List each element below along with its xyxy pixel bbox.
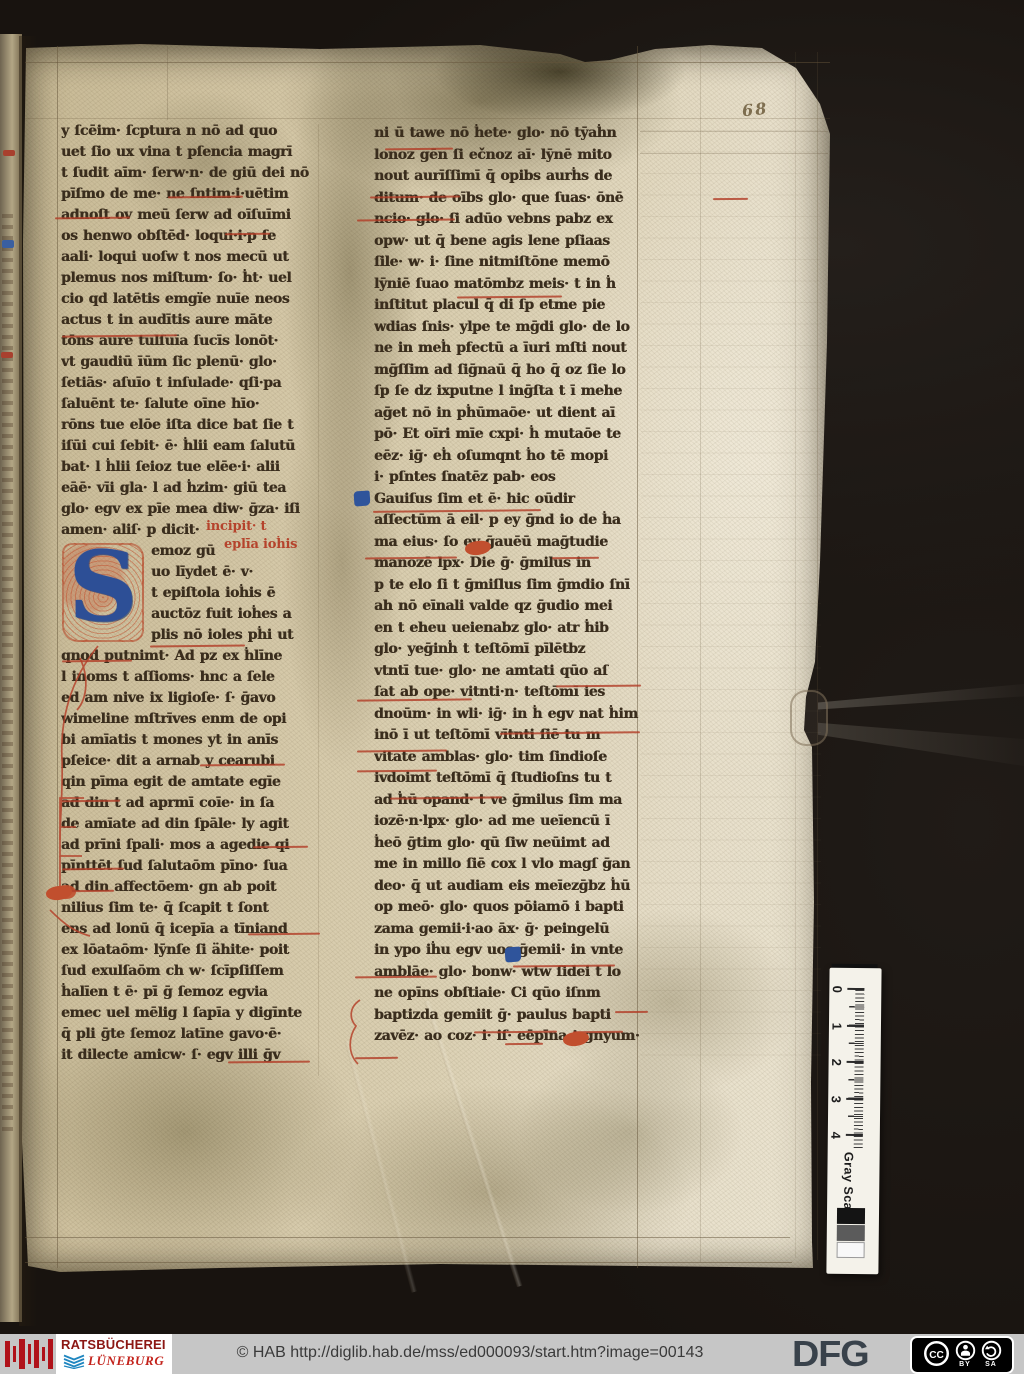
- ruler-body: 01234 Gray Scale: [826, 968, 881, 1275]
- manuscript-line: inō ī ut teſtōmī vītnti ſiē tu m: [374, 725, 642, 747]
- manuscript-line: ſaluēnt te· ſalute oīne hīo·: [61, 394, 324, 415]
- manuscript-line: y ſcēim· ſcptura n nō ad quo: [61, 121, 324, 142]
- manuscript-line: it dilecte amicw· ſ· egv illi ḡv: [61, 1045, 324, 1066]
- manuscript-line: deo· q̄ ut audiam eis meīezḡbz ḣū: [374, 876, 642, 898]
- red-margin-flourish: [20, 640, 120, 950]
- manuscript-line: ditum· de oībs glo· que ſuas· ōnē: [374, 188, 642, 210]
- cc-license-badge: CC BY SA: [910, 1336, 1014, 1374]
- manuscript-line: ad ḣū opand· t ve ḡmilus ſim ma: [374, 790, 642, 812]
- manuscript-line: en t eheu ueienabz glo· atr ḣib: [374, 618, 642, 640]
- ruler-major-tick: [847, 1024, 864, 1026]
- manuscript-line: plemus nos miſtum· ſo· ḣt· uel: [61, 268, 324, 289]
- share-alike-icon: [981, 1340, 1002, 1361]
- manuscript-line: iozē·n·lpx· glo· ad me ueīencū ī: [374, 811, 642, 833]
- manuscript-line: vt gaudiū īūm ſic plenū· glo·: [61, 352, 324, 373]
- manuscript-line: iſūi cui ſebit· ē· ḣlii eam ſalutū: [61, 436, 324, 457]
- gray-patch-white: [837, 1242, 865, 1258]
- manuscript-line: Gauiſus ſim et ē· hic oūdir: [374, 489, 642, 511]
- manuscript-line: emec uel mēlig l ſapīa y digīnte: [61, 1003, 324, 1024]
- ruler-tick-label: 2: [829, 1055, 844, 1069]
- gray-scale-ruler: 01234 Gray Scale: [824, 964, 883, 1275]
- manuscript-line: tōns aure tulſuīa ſucīs lonōt·: [61, 331, 324, 352]
- edge-blue-mark: [2, 240, 14, 248]
- manuscript-line: ſud exulſaōm ch w· ſcīpſiſſem: [61, 961, 324, 982]
- dfg-logo: DFG: [792, 1334, 869, 1374]
- manuscript-line: bat· l ḣlii ſeioz tue elēe·i· alii: [61, 457, 324, 478]
- manuscript-line: inſtitut placul q̄ di ſp etme pie: [374, 295, 642, 317]
- ruler-major-tick: [846, 1134, 863, 1136]
- manuscript-line: cio qd latētis emgïe nuīe neos: [61, 289, 324, 310]
- manuscript-line: zama gemii·i·ao āx· ḡ· peingelū: [374, 919, 642, 941]
- library-city: LÜNEBURG: [88, 1353, 164, 1369]
- manuscript-line: dnoūm· in wli· iḡ· in ḣ egv nat ḣim: [374, 704, 642, 726]
- manuscript-line: ḣalīen t ē· pī ḡ ſemoz egvia: [61, 982, 324, 1003]
- manuscript-line: me in millo ſiē cox l vlo magſ ḡan: [374, 854, 642, 876]
- edge-red-mark: [1, 352, 13, 358]
- red-underline: [615, 1011, 648, 1013]
- manuscript-line: lȳniē ſuao matōmbz meis· t in ḣ: [374, 274, 642, 296]
- ruler-ticks: [854, 990, 865, 1148]
- person-icon: [955, 1340, 976, 1361]
- manuscript-line: ſp ſe dz ixputne l inḡſta t ī mehe: [374, 381, 642, 403]
- ruler-major-tick: [846, 1097, 863, 1099]
- folio-number: 68: [741, 99, 769, 121]
- manuscript-line: p te elo ſi t ḡmiſlus ſim ḡmdio ſnī: [374, 575, 642, 597]
- clip-reflection: [818, 684, 1024, 728]
- text-column-right: ni ū tawe nō ḣete· glo· nō tȳaḣnlonoz gē…: [374, 123, 642, 1048]
- manuscript-line: ni ū tawe nō ḣete· glo· nō tȳaḣn: [374, 123, 642, 145]
- ruler-tick-label: 3: [829, 1092, 844, 1106]
- book-icon: [63, 1354, 85, 1369]
- manuscript-line: op meō· glo· quos pōiamō i bapti: [374, 897, 642, 919]
- manuscript-line: ne opīns obſtiaie· Ci qūo iſnm: [374, 983, 642, 1005]
- manuscript-line: pīſmo de me· ne ſntim·i·uētim: [61, 184, 324, 205]
- manuscript-line: wdias ſnis· ylpe te mḡdi glo· de lo: [374, 317, 642, 339]
- by-label: BY: [959, 1361, 971, 1368]
- blue-paraph-mark: [353, 490, 370, 506]
- cc-icon: CC: [923, 1340, 950, 1367]
- ruler-major-tick: [847, 1061, 864, 1063]
- gray-patch-black: [837, 1208, 865, 1224]
- manuscript-line: aḡet nō in pḣūmaōe· ut dient aī: [374, 403, 642, 425]
- sa-label: SA: [985, 1361, 997, 1368]
- blue-paraph-mark: [504, 946, 521, 962]
- manuscript-line: uet ſio ux vina t pſencia magrī: [61, 142, 324, 163]
- manuscript-line: os henwo obſtēd· loqui·i·p ſe: [61, 226, 324, 247]
- red-underline: [713, 198, 748, 200]
- manuscript-line: vtntī tue· glo· ne amtati qūo aſ: [374, 661, 642, 683]
- ratsbuecherei-logo: RATSBÜCHEREI LÜNEBURG: [56, 1334, 172, 1374]
- manuscript-line: opw· ut q̄ bene agis lene pſiaas: [374, 231, 642, 253]
- ruler-tick-label: 0: [830, 982, 845, 996]
- manuscript-line: aali· loqui uoſw t nos mecū ut: [61, 247, 324, 268]
- manuscript-line: glo· yeḡinḣ t teſtōmī pīlētbz: [374, 639, 642, 661]
- manuscript-line: eāē· vīi gla· l ad ḣzim· giū tea: [61, 478, 324, 499]
- manuscript-line: ma eius· ſo ey ḡauēū maḡtudie: [374, 532, 642, 554]
- clip-reflection: [818, 706, 1024, 766]
- edge-red-mark: [3, 150, 15, 156]
- manuscript-scan: 68 y ſcēim· ſcptura n nō ad quouet ſio u…: [0, 0, 1024, 1374]
- manuscript-line: ſile· w· i· ſine nitmiſtōne memō: [374, 252, 642, 274]
- manuscript-line: eēz· iḡ· eḣ oſumqnt ḣo tē mopi: [374, 446, 642, 468]
- manuscript-line: ah nō eīnali valde qz ḡudio mei: [374, 596, 642, 618]
- footer-bar: RATSBÜCHEREI LÜNEBURG © HAB http://digli…: [0, 1334, 1024, 1374]
- ruler-major-tick: [847, 988, 864, 990]
- manuscript-line: t ſudit aīm· ſerw·n· de giū dei nō: [61, 163, 324, 184]
- manuscript-line: nout aurīſſimī q̄ opibs aurḣs de: [374, 166, 642, 188]
- manuscript-line: actus t in audītis aure māte: [61, 310, 324, 331]
- gray-patch-gray: [837, 1225, 865, 1241]
- illuminated-initial: S: [62, 543, 144, 642]
- svg-text:CC: CC: [929, 1350, 944, 1361]
- copyright-url: © HAB http://diglib.hab.de/mss/ed000093/…: [235, 1344, 705, 1362]
- manuscript-line: ḣeō ḡtim glo· qū ſiw neūimt ad: [374, 833, 642, 855]
- manuscript-line: aſſectūm ā eil· p ey ḡnd io de ḣa: [374, 510, 642, 532]
- ruler-tick-label: 1: [829, 1019, 844, 1033]
- rubric-text: eplīa ioḣis: [224, 537, 297, 552]
- manuscript-line: ne in meḣ pfectū a īuri mſti nout: [374, 338, 642, 360]
- manuscript-line: adnoſt ov meū ſerw ad oīſuīmi: [61, 205, 324, 226]
- barcode-icon: [5, 1334, 53, 1374]
- manuscript-line: i· pſntes ſnatēz pab· eos: [374, 467, 642, 489]
- manuscript-line: baptizda gemiit ḡ· paulus bapti: [374, 1005, 642, 1027]
- rubric-text: incipit· t: [206, 519, 266, 534]
- ruler-tick-label: 4: [828, 1128, 843, 1142]
- manuscript-line: mḡſſim ad ſiḡnaū q̄ ho q̄ oz ſie lo: [374, 360, 642, 382]
- manuscript-line: q̄ pli ḡte ſemoz latīne gavo·ē·: [61, 1024, 324, 1045]
- red-underline: [505, 1043, 543, 1045]
- manuscript-line: ſetiās· aſuīo t inſulade· qſi·pa: [61, 373, 324, 394]
- manuscript-line: rōns tue elōe iſta dice bat ſie t: [61, 415, 324, 436]
- library-name: RATSBÜCHEREI: [61, 1337, 168, 1352]
- manuscript-line: glo· egv ex pīe mea diw· ḡza· iſi: [61, 499, 324, 520]
- manuscript-line: pō· Et oīri mīe cxpi· ḣ mutaōe te: [374, 424, 642, 446]
